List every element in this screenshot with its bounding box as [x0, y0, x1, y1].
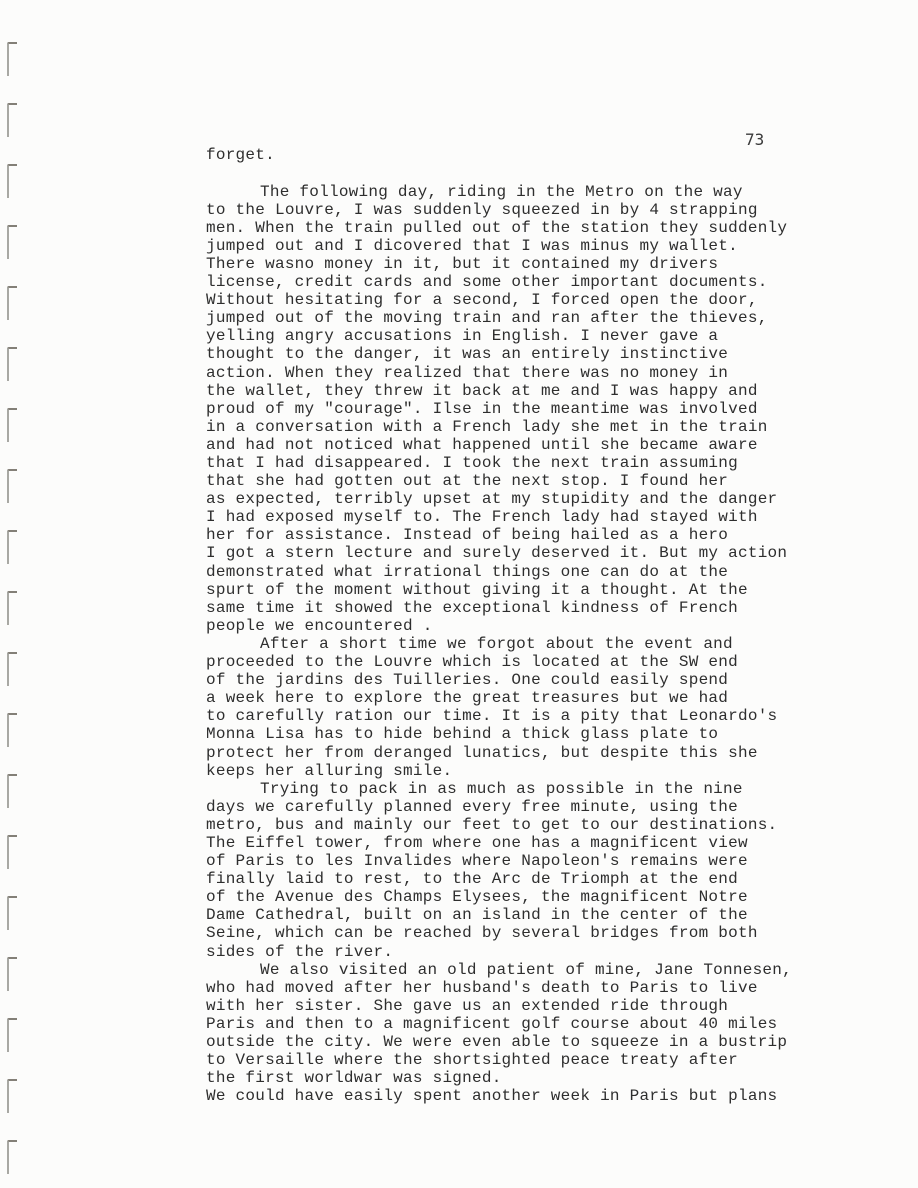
- text-line: jumped out and I dicovered that I was mi…: [206, 237, 906, 255]
- text-line: her for assistance. Instead of being hai…: [206, 526, 906, 544]
- binder-hole-icon: [7, 957, 17, 991]
- binder-hole-icon: [7, 469, 17, 503]
- text-line: proud of my "courage". Ilse in the meant…: [206, 400, 906, 418]
- binder-hole-icon: [7, 164, 17, 198]
- binder-hole-icon: [7, 225, 17, 259]
- text-line: We could have easily spent another week …: [206, 1087, 906, 1105]
- text-line: in a conversation with a French lady she…: [206, 418, 906, 436]
- text-line: yelling angry accusations in English. I …: [206, 327, 906, 345]
- text-line: I got a stern lecture and surely deserve…: [206, 544, 906, 562]
- text-line: sides of the river.: [206, 943, 906, 961]
- text-line: with her sister. She gave us an extended…: [206, 997, 906, 1015]
- binder-hole-icon: [7, 713, 17, 747]
- binder-hole-icon: [7, 774, 17, 808]
- binder-hole-icon: [7, 652, 17, 686]
- binder-hole-icon: [7, 286, 17, 320]
- typed-page: 73 forget.The following day, riding in t…: [0, 0, 918, 1188]
- text-line: We also visited an old patient of mine, …: [206, 961, 906, 979]
- binder-hole-icon: [7, 347, 17, 381]
- text-line: Seine, which can be reached by several b…: [206, 924, 906, 942]
- text-line: forget.: [206, 146, 906, 164]
- binder-hole-icon: [7, 1018, 17, 1052]
- text-line: of the Avenue des Champs Elysees, the ma…: [206, 888, 906, 906]
- binder-hole-icon: [7, 591, 17, 625]
- text-line: the wallet, they threw it back at me and…: [206, 382, 906, 400]
- text-line: Paris and then to a magnificent golf cou…: [206, 1015, 906, 1033]
- text-line: thought to the danger, it was an entirel…: [206, 345, 906, 363]
- text-line: and had not noticed what happened until …: [206, 436, 906, 454]
- text-line: to carefully ration our time. It is a pi…: [206, 707, 906, 725]
- text-line: same time it showed the exceptional kind…: [206, 599, 906, 617]
- text-line: Trying to pack in as much as possible in…: [206, 780, 906, 798]
- text-line: proceeded to the Louvre which is located…: [206, 653, 906, 671]
- binder-hole-icon: [7, 42, 17, 76]
- binder-hole-icon: [7, 835, 17, 869]
- binder-hole-icon: [7, 1140, 17, 1174]
- text-line: I had exposed myself to. The French lady…: [206, 508, 906, 526]
- text-line: finally laid to rest, to the Arc de Trio…: [206, 870, 906, 888]
- binder-hole-icon: [7, 896, 17, 930]
- text-line: men. When the train pulled out of the st…: [206, 219, 906, 237]
- text-line: After a short time we forgot about the e…: [206, 635, 906, 653]
- blank-line: [206, 164, 906, 183]
- text-line: license, credit cards and some other imp…: [206, 273, 906, 291]
- text-line: who had moved after her husband's death …: [206, 979, 906, 997]
- text-line: the first worldwar was signed.: [206, 1069, 906, 1087]
- text-line: The following day, riding in the Metro o…: [206, 183, 906, 201]
- text-line: protect her from deranged lunatics, but …: [206, 744, 906, 762]
- text-line: demonstrated what irrational things one …: [206, 563, 906, 581]
- text-line: jumped out of the moving train and ran a…: [206, 309, 906, 327]
- text-line: people we encountered .: [206, 617, 906, 635]
- text-line: The Eiffel tower, from where one has a m…: [206, 834, 906, 852]
- text-line: There wasno money in it, but it containe…: [206, 255, 906, 273]
- text-line: outside the city. We were even able to s…: [206, 1033, 906, 1051]
- text-line: a week here to explore the great treasur…: [206, 689, 906, 707]
- text-line: metro, bus and mainly our feet to get to…: [206, 816, 906, 834]
- text-line: Dame Cathedral, built on an island in th…: [206, 906, 906, 924]
- text-line: as expected, terribly upset at my stupid…: [206, 490, 906, 508]
- text-line: Monna Lisa has to hide behind a thick gl…: [206, 725, 906, 743]
- text-line: days we carefully planned every free min…: [206, 798, 906, 816]
- binder-hole-icon: [7, 408, 17, 442]
- text-line: of Paris to les Invalides where Napoleon…: [206, 852, 906, 870]
- text-line: that I had disappeared. I took the next …: [206, 454, 906, 472]
- text-line: Without hesitating for a second, I force…: [206, 291, 906, 309]
- text-line: of the jardins des Tuilleries. One could…: [206, 671, 906, 689]
- text-line: to the Louvre, I was suddenly squeezed i…: [206, 201, 906, 219]
- text-line: to Versaille where the shortsighted peac…: [206, 1051, 906, 1069]
- binder-hole-icon: [7, 103, 17, 137]
- binder-hole-icon: [7, 530, 17, 564]
- body-text: forget.The following day, riding in the …: [206, 146, 906, 1105]
- text-line: that she had gotten out at the next stop…: [206, 472, 906, 490]
- binder-hole-icon: [7, 1079, 17, 1113]
- text-line: action. When they realized that there wa…: [206, 364, 906, 382]
- text-line: spurt of the moment without giving it a …: [206, 581, 906, 599]
- text-line: keeps her alluring smile.: [206, 762, 906, 780]
